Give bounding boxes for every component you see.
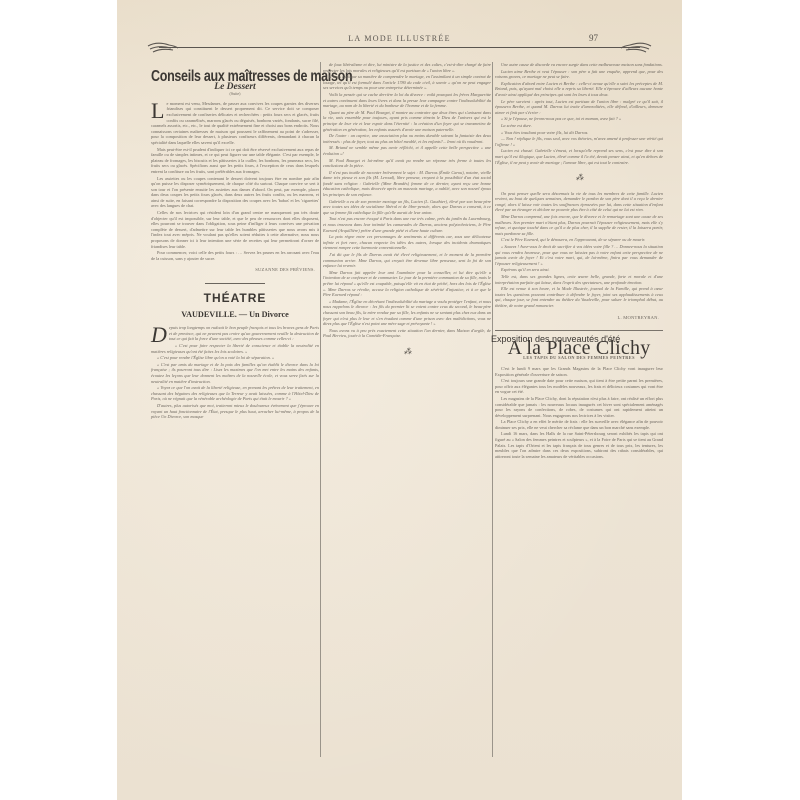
article-paragraph: C'est le Père Euvrard, qui le dénouera, … (495, 237, 663, 243)
article-paragraph: Les assiettes ou les coupes contenant le… (151, 176, 319, 210)
section-title: THÉATRE (151, 296, 319, 302)
section-divider (205, 283, 265, 284)
article-paragraph: M. Paul Bourget et lui-même qu'il avait … (323, 158, 491, 169)
article-paragraph: Mme Darras comprend, une fois encore, qu… (495, 214, 663, 236)
article-paragraph: de faux libéralisme et dire, lui ministr… (323, 62, 491, 73)
column-1: Conseils aux maîtresses de maison Le Des… (151, 62, 319, 421)
article-paragraph: Elle est venue à son heure, et la Mode I… (495, 286, 663, 308)
article-paragraph: La scène est dure. (495, 123, 663, 129)
article-paragraph: « C'est par amis du mariage et de la pai… (151, 362, 319, 384)
article-signature: L. MONTREYRAN. (495, 315, 659, 321)
article-paragraph: C'est le lundi 9 mars que les Grands Mag… (495, 366, 663, 377)
column-rule (320, 62, 321, 757)
article-paragraph: — Non ! réplique le fils, vous seul, ave… (495, 136, 663, 147)
article-paragraph: Depuis trop longtemps on rudoait le bon … (151, 325, 319, 342)
article-paragraph: Celles de nos lectrices qui résident loi… (151, 210, 319, 249)
article-paragraph: Tout n'est pas encore évoqué à Paris dan… (323, 216, 491, 233)
newspaper-page: LA MODE ILLUSTRÉE 97 Conseils aux maître… (117, 0, 682, 800)
article-paragraph: Le père survient : après tout, Lucien es… (495, 99, 663, 116)
article-paragraph: La paix règne entre ces personnages de s… (323, 234, 491, 251)
article-paragraph: La Place Clichy a en effet le mérite de … (495, 419, 663, 430)
article-paragraph: Il n'est pas inutile de raconter brièvem… (323, 170, 491, 198)
page-number: 97 (589, 33, 598, 43)
article-paragraph: « C'est pour faire respecter la liberté … (151, 343, 319, 354)
article-paragraph: Nous avons vu à peu près exactement cett… (323, 328, 491, 339)
article-paragraph: C'est toujours une grande date pour cett… (495, 378, 663, 395)
article-paragraph: Lucien aime Berthe et veut l'épouser : s… (495, 69, 663, 80)
article-paragraph: J'ai dit que le fils de Darras avait été… (323, 252, 491, 269)
article-signature: SUZANNE DES PRÉVIENS. (151, 267, 315, 273)
article-paragraph: M. Briand ne semble même pas avoir réflé… (323, 145, 491, 156)
article-subhead: Le Dessert (151, 85, 319, 91)
article-paragraph: Telle est, dans ses grandes lignes, cett… (495, 274, 663, 285)
column-3: Une autre cause de discorde va encore su… (495, 62, 663, 460)
article-paragraph: « Vous êtes insultant pour votre fils, l… (495, 130, 663, 136)
article-paragraph: « C'est pour rendre l'Église libre qu'on… (151, 355, 319, 361)
article-paragraph: Une autre cause de discorde va encore su… (495, 62, 663, 68)
article-paragraph: Le moment est venu, Mesdames, de passer … (151, 101, 319, 146)
article-paragraph: Lucien est chassé. Gabrielle s'émeut, et… (495, 148, 663, 165)
article-paragraph: Mais peut-être est-il prudent d'indiquer… (151, 147, 319, 175)
article-paragraph: Mme Darras fait appeler leur ami l'aumôn… (323, 270, 491, 298)
article-paragraph: « Voyez ce que l'on avait de la liberté … (151, 385, 319, 402)
article-paragraph: Explication d'abord entre Lucien et Bert… (495, 81, 663, 98)
article-paragraph: De l'autre : un caprice, une association… (323, 133, 491, 144)
article-paragraph: « Sauvez ! Avez-vous le droit de sacrifi… (495, 244, 663, 266)
article-paragraph: D'autres, plus autorisés que moi, traite… (151, 403, 319, 420)
article-paragraph: Lundi 16 mars, dans les Halls de la rue … (495, 431, 663, 459)
section-divider (495, 330, 663, 331)
play-title: VAUDEVILLE. — Un Divorce (151, 312, 319, 318)
running-header: LA MODE ILLUSTRÉE 97 (117, 34, 682, 54)
article-paragraph: Il nous explique sa manière de comprendr… (323, 74, 491, 91)
exposition-headline: A la Place Clichy (495, 346, 663, 352)
article-paragraph: Pour commencer, voici celle des petits f… (151, 250, 319, 261)
article-paragraph: Quant au père de M. Paul Bourget, il mon… (323, 110, 491, 132)
article-paragraph: Les magasins de la Place Clichy, dont la… (495, 396, 663, 418)
article-headline: Conseils aux maîtresses de maison (151, 73, 319, 80)
drop-cap: D (151, 326, 167, 344)
article-note: (Suite) (151, 91, 319, 97)
article-paragraph: Voilà la pensée qui se cache derrière la… (323, 92, 491, 109)
column-2: de faux libéralisme et dire, lui ministr… (323, 62, 491, 365)
article-paragraph: « Madame, l'Église en décrétant l'indiss… (323, 299, 491, 327)
article-paragraph: « Si je l'épouse, ne ferons-nous pas ce … (495, 116, 663, 122)
article-paragraph: On peut penser quelle sera désormais la … (495, 191, 663, 213)
header-rule (159, 47, 640, 48)
article-paragraph: Espérons qu'il en sera ainsi. (495, 267, 663, 273)
drop-cap: L (151, 102, 164, 120)
flourish-ornament-icon (620, 40, 652, 54)
column-rule (492, 62, 493, 757)
asterism-ornament-icon: ⁂ (495, 175, 663, 181)
article-paragraph: Gabrielle a eu de son premier mariage un… (323, 199, 491, 216)
asterism-ornament-icon: ⁂ (323, 349, 491, 355)
